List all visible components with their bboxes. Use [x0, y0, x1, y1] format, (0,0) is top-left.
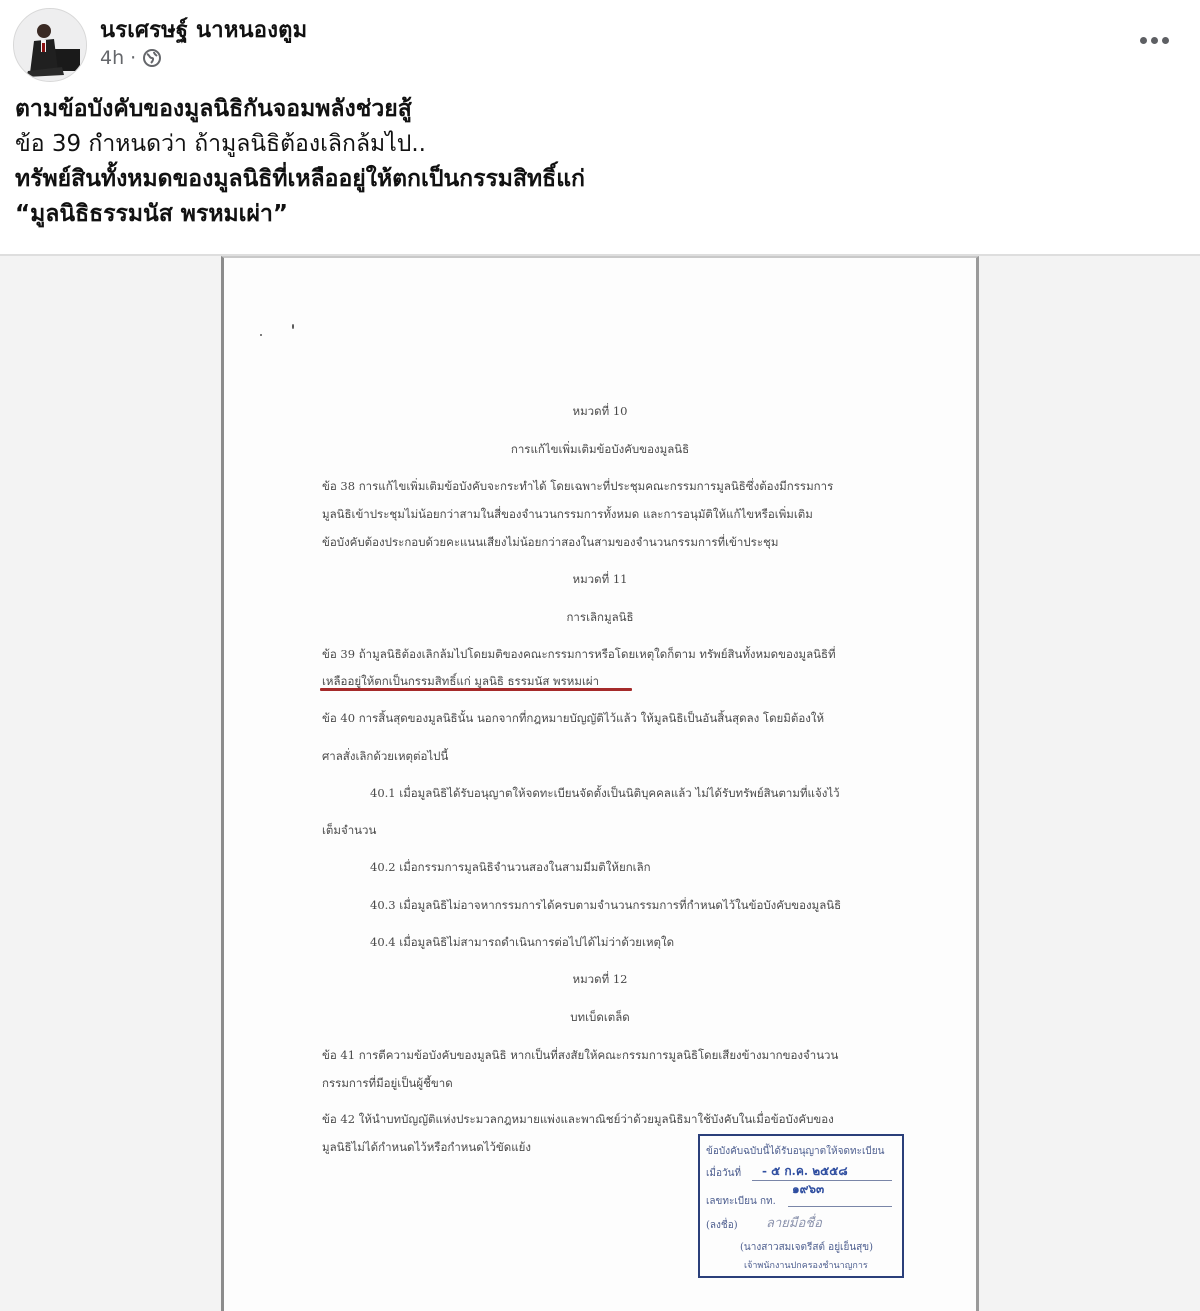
clause-41-line: กรรมการที่มีอยู่เป็นผู้ชี้ขาด — [322, 1075, 453, 1093]
registration-stamp: ข้อบังคับฉบับนี้ได้รับอนุญาตให้จดทะเบียน… — [698, 1134, 904, 1278]
stamp-date-label: เมื่อวันที่ — [706, 1166, 741, 1181]
more-dot-icon — [1140, 37, 1147, 44]
caption-line: ทรัพย์สินทั้งหมดของมูลนิธิที่เหลืออยู่ให… — [15, 162, 1165, 197]
stamp-officer-position: เจ้าพนักงานปกครองชำนาญการ — [744, 1258, 868, 1272]
caption-line: ตามข้อบังคับของมูลนิธิกันจอมพลังช่วยสู้ — [15, 92, 1165, 127]
clause-40-item: 40.2 เมื่อกรรมการมูลนิธิจำนวนสองในสามมีม… — [370, 859, 651, 877]
stamp-reg-label: เลขทะเบียน กท. — [706, 1194, 776, 1209]
chapter-10-subtitle: การแก้ไขเพิ่มเติมข้อบังคับของมูลนิธิ — [224, 441, 976, 459]
clause-38-line: ข้อบังคับต้องประกอบด้วยคะแนนเสียงไม่น้อย… — [322, 534, 778, 552]
clause-40-item: 40.3 เมื่อมูลนิธิไม่อาจหากรรมการได้ครบตา… — [370, 897, 841, 915]
post-meta: 4h · — [100, 47, 162, 69]
author-avatar[interactable] — [13, 8, 87, 82]
stamp-officer-name: (นางสาวสมเจตรีสต์ อยู่เย็นสุข) — [740, 1240, 873, 1255]
clause-38-line: มูลนิธิเข้าประชุมไม่น้อยกว่าสามในสี่ของจ… — [322, 506, 813, 524]
clause-40-item: เต็มจำนวน — [322, 822, 376, 840]
document-page: หมวดที่ 10 การแก้ไขเพิ่มเติมข้อบังคับของ… — [221, 256, 979, 1311]
stamp-signature: ลายมือชื่อ — [766, 1212, 822, 1233]
clause-40-line: ศาลสั่งเลิกด้วยเหตุต่อไปนี้ — [322, 748, 448, 766]
more-dot-icon — [1151, 37, 1158, 44]
chapter-10-title: หมวดที่ 10 — [224, 403, 976, 421]
clause-38-line: ข้อ 38 การแก้ไขเพิ่มเติมข้อบังคับจะกระทำ… — [322, 478, 833, 496]
post-header: นรเศรษฐ์ นาหนองตูม 4h · — [0, 0, 1200, 90]
clause-40-item: 40.1 เมื่อมูลนิธิได้รับอนุญาตให้จดทะเบีย… — [370, 785, 840, 803]
chapter-11-title: หมวดที่ 11 — [224, 571, 976, 589]
stamp-reg-value: ๑๙๖๓ — [792, 1180, 824, 1199]
author-name[interactable]: นรเศรษฐ์ นาหนองตูม — [100, 12, 307, 47]
caption-line: “มูลนิธิธรรมนัส พรหมเผ่า” — [15, 197, 1165, 232]
clause-42-line: มูลนิธิไม่ได้กำหนดไว้หรือกำหนดไว้ขัดแย้ง — [322, 1139, 531, 1157]
stamp-heading: ข้อบังคับฉบับนี้ได้รับอนุญาตให้จดทะเบียน — [706, 1144, 884, 1159]
post-time[interactable]: 4h — [100, 47, 124, 69]
red-underline-annotation — [320, 688, 632, 691]
caption-line: ข้อ 39 กำหนดว่า ถ้ามูลนิธิต้องเลิกล้มไป.… — [15, 127, 1165, 162]
clause-41-line: ข้อ 41 การตีความข้อบังคับของมูลนิธิ หากเ… — [322, 1047, 838, 1065]
clause-39-line: ข้อ 39 ถ้ามูลนิธิต้องเลิกล้มไปโดยมติของค… — [322, 646, 836, 664]
stamp-sign-label: (ลงชื่อ) — [706, 1218, 738, 1233]
clause-40-line: ข้อ 40 การสิ้นสุดของมูลนิธินั้น นอกจากที… — [322, 710, 824, 728]
globe-icon[interactable] — [142, 48, 162, 68]
clause-40-item: 40.4 เมื่อมูลนิธิไม่สามารถดำเนินการต่อไป… — [370, 934, 674, 952]
chapter-12-title: หมวดที่ 12 — [224, 971, 976, 989]
clause-42-line: ข้อ 42 ให้นำบทบัญญัติแห่งประมวลกฎหมายแพ่… — [322, 1111, 834, 1129]
meta-separator: · — [130, 47, 136, 69]
post-caption: ตามข้อบังคับของมูลนิธิกันจอมพลังช่วยสู้ … — [15, 92, 1165, 232]
more-dot-icon — [1162, 37, 1169, 44]
chapter-11-subtitle: การเลิกมูลนิธิ — [224, 609, 976, 627]
chapter-12-subtitle: บทเบ็ดเตล็ด — [224, 1009, 976, 1027]
more-options-button[interactable] — [1130, 25, 1178, 55]
avatar-person-icon — [14, 9, 86, 81]
stamp-date-value: - ๕ ก.ค. ๒๕๕๘ — [762, 1162, 848, 1181]
